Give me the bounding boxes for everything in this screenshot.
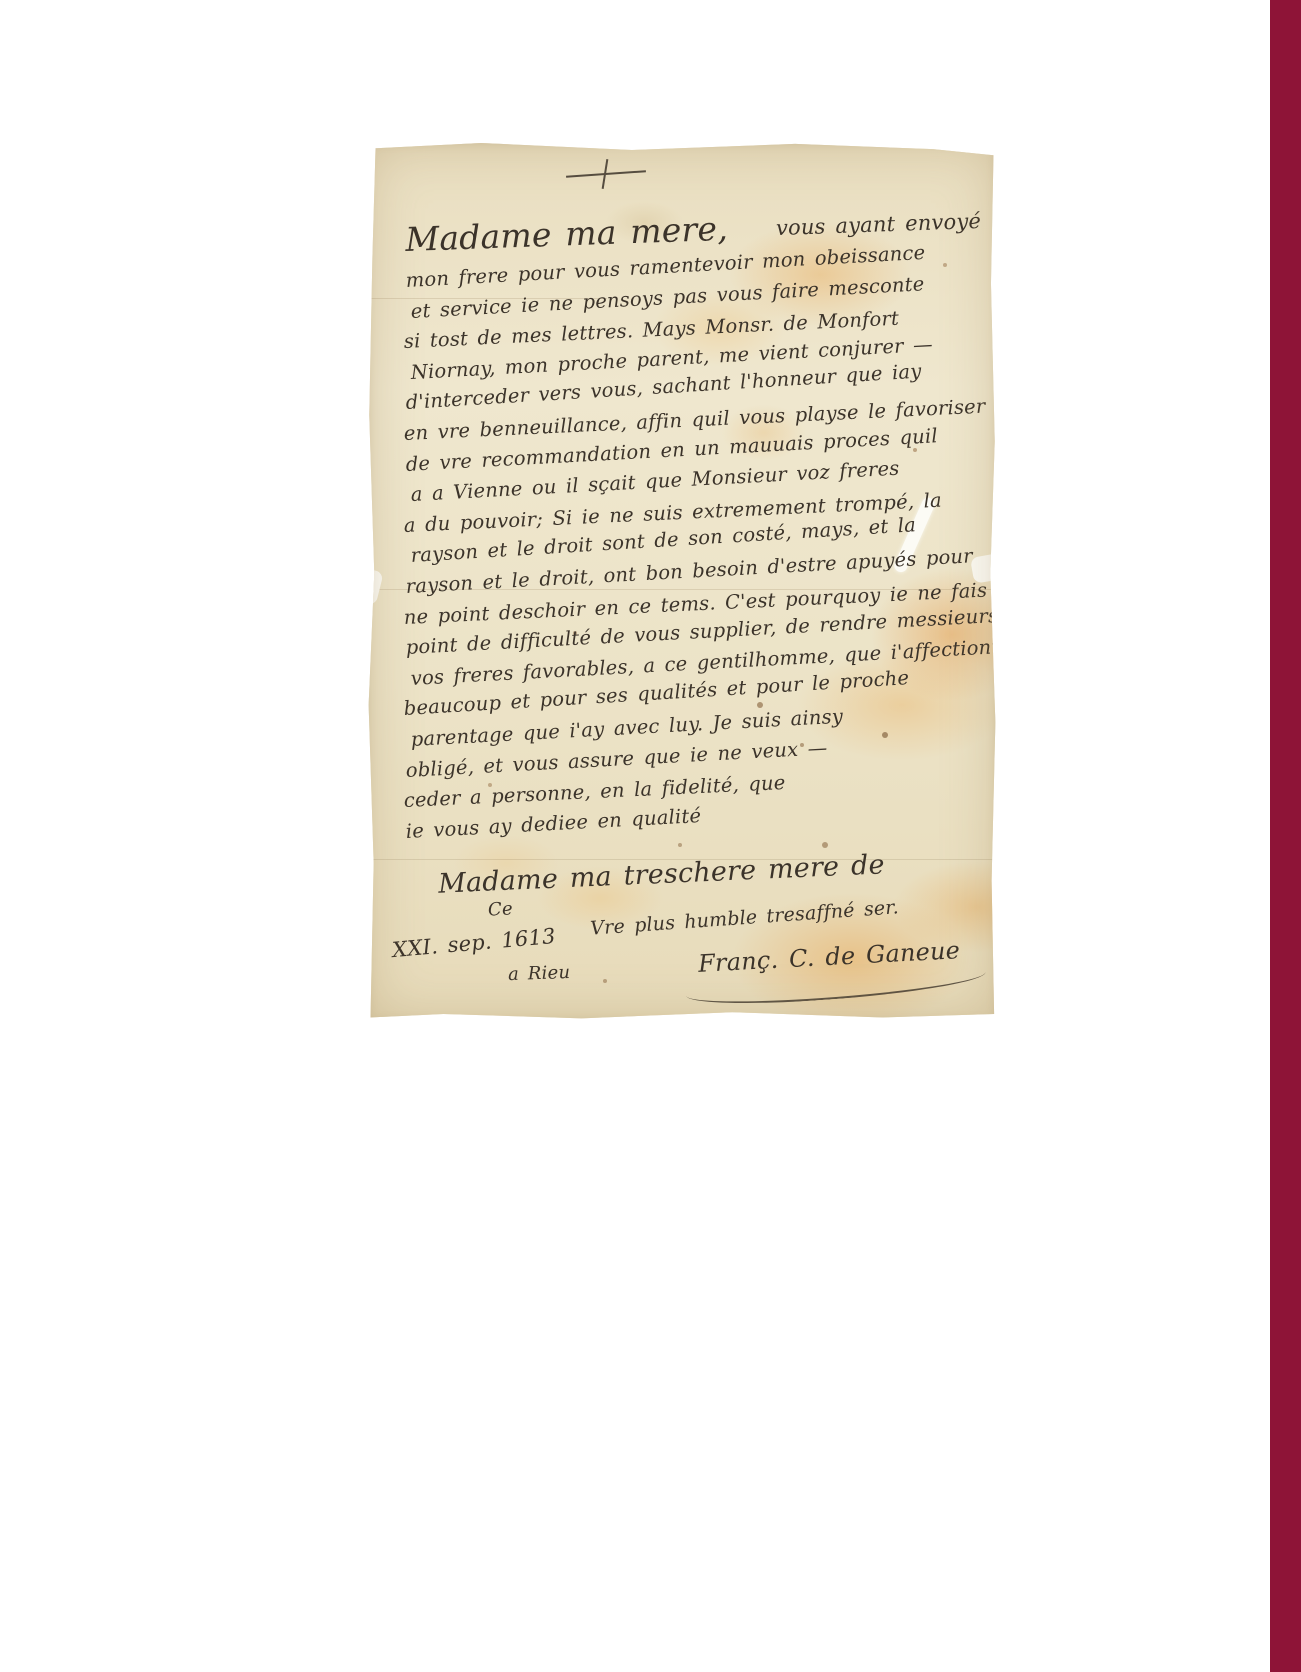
letter-scan: Madame ma mere, vous ayant envoyé mon fr… (368, 143, 996, 1021)
manuscript-body: mon frere pour vous ramentevoir mon obei… (406, 269, 988, 850)
page-accent-bar (1270, 0, 1301, 1672)
date-line: XXI. sep. 1613 (391, 924, 556, 962)
closing-line: Madame ma treschere mere de (438, 849, 886, 899)
salutation: Madame ma mere, (405, 209, 729, 259)
date-prefix: Ce (487, 898, 513, 920)
paper-damage-notch (350, 566, 383, 605)
valediction: Vre plus humble tresaffné ser. (590, 896, 900, 940)
page: Madame ma mere, vous ayant envoyé mon fr… (0, 0, 1301, 1672)
ink-speckles (368, 143, 372, 147)
cross-icon (566, 159, 646, 191)
date-place: a Rieu (508, 962, 571, 985)
manuscript-text: Madame ma mere, vous ayant envoyé mon fr… (406, 201, 988, 850)
